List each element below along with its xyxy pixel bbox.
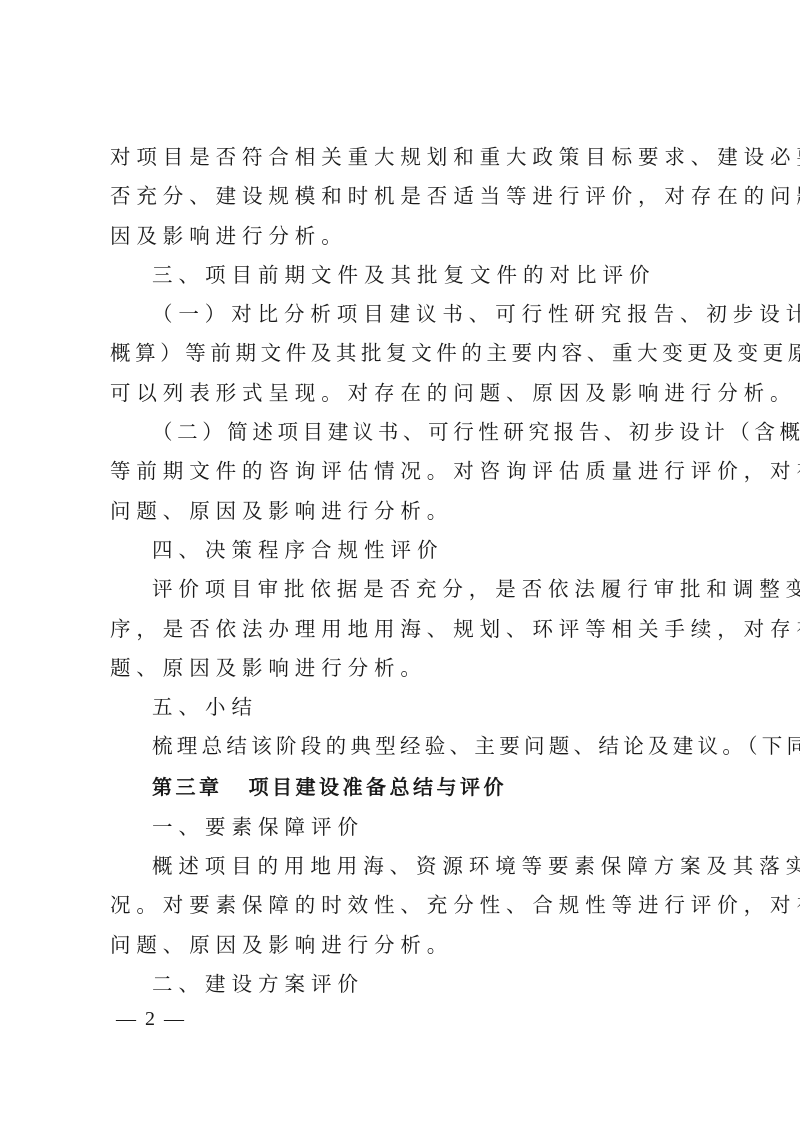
body-line: 对项目是否符合相关重大规划和重大政策目标要求、建设必要性是 — [110, 138, 692, 177]
body-line: 问题、原因及影响进行分析。 — [110, 492, 692, 531]
document-page: 对项目是否符合相关重大规划和重大政策目标要求、建设必要性是 否充分、建设规模和时… — [110, 138, 692, 1004]
body-line: 可以列表形式呈现。对存在的问题、原因及影响进行分析。 — [110, 374, 692, 413]
body-line: 况。对要素保障的时效性、充分性、合规性等进行评价，对存在的 — [110, 886, 692, 925]
body-line: （二）简述项目建议书、可行性研究报告、初步设计（含概算） — [110, 413, 692, 452]
section-heading: 三、项目前期文件及其批复文件的对比评价 — [110, 256, 692, 295]
chapter-title: 项目建设准备总结与评价 — [249, 775, 508, 799]
body-line: 梳理总结该阶段的典型经验、主要问题、结论及建议。（下同） — [110, 727, 692, 766]
body-line: 问题、原因及影响进行分析。 — [110, 926, 692, 965]
body-line: 概算）等前期文件及其批复文件的主要内容、重大变更及变更原因， — [110, 334, 692, 373]
body-line: 题、原因及影响进行分析。 — [110, 649, 692, 688]
body-line: 否充分、建设规模和时机是否适当等进行评价，对存在的问题、原 — [110, 177, 692, 216]
page-number: — 2 — — [116, 1008, 186, 1031]
section-heading: 一、要素保障评价 — [110, 808, 692, 847]
chapter-number: 第三章 — [152, 775, 223, 799]
section-heading: 二、建设方案评价 — [110, 965, 692, 1004]
section-heading: 四、决策程序合规性评价 — [110, 531, 692, 570]
body-line: 因及影响进行分析。 — [110, 217, 692, 256]
chapter-heading: 第三章项目建设准备总结与评价 — [110, 767, 692, 808]
body-line: 概述项目的用地用海、资源环境等要素保障方案及其落实情 — [110, 847, 692, 886]
body-line: 序，是否依法办理用地用海、规划、环评等相关手续，对存在的问 — [110, 610, 692, 649]
section-heading: 五、小结 — [110, 688, 692, 727]
body-line: 等前期文件的咨询评估情况。对咨询评估质量进行评价，对存在的 — [110, 452, 692, 491]
body-line: 评价项目审批依据是否充分，是否依法履行审批和调整变更程 — [110, 570, 692, 609]
body-line: （一）对比分析项目建议书、可行性研究报告、初步设计（含 — [110, 295, 692, 334]
